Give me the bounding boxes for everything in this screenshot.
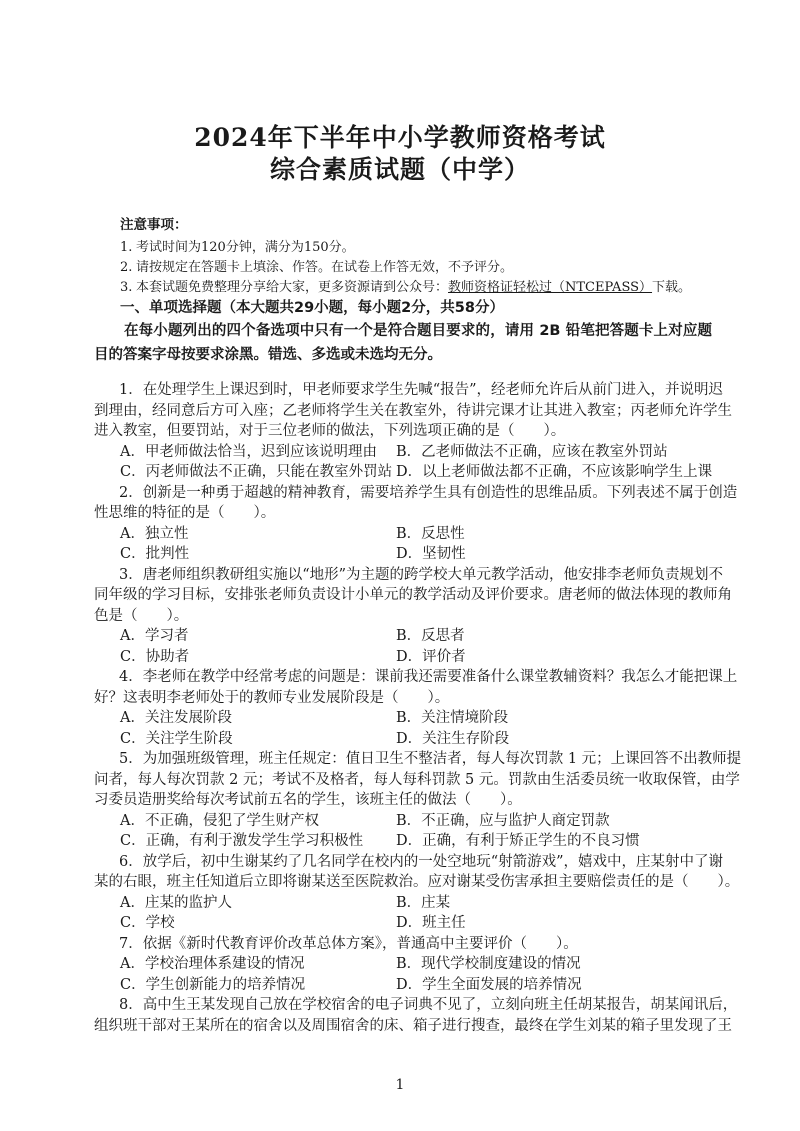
answer-option: A．庄某的监护人 xyxy=(120,891,232,912)
answer-option: C．学生创新能力的培养情况 xyxy=(120,973,305,994)
answer-option: A．甲老师做法恰当，迟到应该说明理由 xyxy=(120,440,377,461)
answer-option: D．评价者 xyxy=(396,645,466,666)
question-stem: 1．在处理学生上课迟到时，甲老师要求学生先喊“报告”，经老师允许后从前门进入，并… xyxy=(119,378,737,399)
answer-option: A．独立性 xyxy=(120,522,188,543)
notes-heading: 注意事项： xyxy=(120,213,188,233)
note-item: 2.请按规定在答题卡上填涂、作答。在试卷上作答无效，不予评分。 xyxy=(120,256,513,275)
answer-option: C．丙老师做法不正确，只能在教室外罚站 xyxy=(120,460,392,481)
answer-option: B．乙老师做法不正确，应该在教室外罚站 xyxy=(396,440,668,461)
question-stem: 3．唐老师组织教研组实施以“地形”为主题的跨学校大单元教学活动，他安排李老师负责… xyxy=(119,563,737,584)
answer-option: B．反思性 xyxy=(396,522,465,543)
answer-option: A．学校治理体系建设的情况 xyxy=(120,952,304,973)
answer-option: B．关注情境阶段 xyxy=(396,706,508,727)
question-stem-continued: 进入教室，但要罚站，对于三位老师的做法，下列选项正确的是（ ）。 xyxy=(94,419,712,440)
answer-option: B．反思者 xyxy=(396,624,465,645)
answer-option: D．坚韧性 xyxy=(396,542,466,563)
note-item: 3.本套试题免费整理分享给大家，更多资源请到公众号：教师资格证轻松过（NTCEP… xyxy=(120,276,691,295)
question-stem-continued: 好？这表明李老师处于的教师专业发展阶段是（ ）。 xyxy=(94,686,712,707)
question-stem-continued: 问者，每人每次罚款 2 元；考试不及格者，每人每科罚款 5 元。罚款由生活委员统… xyxy=(94,768,712,789)
answer-option: A．不正确，侵犯了学生财产权 xyxy=(120,809,319,830)
note-item: 1.考试时间为120分钟，满分为150分。 xyxy=(120,236,355,255)
answer-option: D．学生全面发展的培养情况 xyxy=(396,973,582,994)
section-instructions: 在每小题列出的四个备选项中只有一个是符合题目要求的，请用 2B 铅笔把答题卡上对… xyxy=(94,319,712,367)
exam-title-line2: 综合素质试题（中学） xyxy=(0,150,800,186)
page-number: 1 xyxy=(0,1077,800,1093)
question-stem-continued: 性思维的特征的是（ ）。 xyxy=(94,501,712,522)
question-stem: 2．创新是一种勇于超越的精神教育，需要培养学生具有创造性的思维品质。下列表述不属… xyxy=(119,481,737,502)
answer-option: B．庄某 xyxy=(396,891,450,912)
answer-option: C．学校 xyxy=(120,911,175,932)
question-stem: 7．依据《新时代教育评价改革总体方案》，普通高中主要评价（ ）。 xyxy=(119,932,737,953)
answer-option: A．学习者 xyxy=(120,624,188,645)
answer-option: C．协助者 xyxy=(120,645,189,666)
question-stem-continued: 色是（ ）。 xyxy=(94,604,712,625)
answer-option: B．现代学校制度建设的情况 xyxy=(396,952,581,973)
answer-option: C．正确，有利于激发学生学习积极性 xyxy=(120,829,363,850)
answer-option: D．班主任 xyxy=(396,911,466,932)
answer-option: B．不正确，应与监护人商定罚款 xyxy=(396,809,610,830)
question-stem: 4．李老师在教学中经常考虑的问题是：课前我还需要准备什么课堂教辅资料？我怎么才能… xyxy=(119,665,737,686)
question-stem-continued: 到理由，经同意后方可入座；乙老师将学生关在教室外，待讲完课才让其进入教室；丙老师… xyxy=(94,399,712,420)
question-stem-continued: 同年级的学习目标，安排张老师负责设计小单元的教学活动及评价要求。唐老师的做法体现… xyxy=(94,583,712,604)
answer-option: D．以上老师做法都不正确，不应该影响学生上课 xyxy=(396,460,712,481)
answer-option: C．关注学生阶段 xyxy=(120,727,233,748)
answer-option: C．批判性 xyxy=(120,542,189,563)
exam-title-line1: 2024年下半年中小学教师资格考试 xyxy=(0,118,800,154)
answer-option: A．关注发展阶段 xyxy=(120,706,232,727)
answer-option: D．关注生存阶段 xyxy=(396,727,509,748)
question-stem-continued: 习委员造册奖给每次考试前五名的学生，该班主任的做法（ ）。 xyxy=(94,788,712,809)
wechat-account-link[interactable]: 教师资格证轻松过（NTCEPASS） xyxy=(448,280,652,295)
question-stem-continued: 某的右眼，班主任知道后立即将谢某送至医院救治。应对谢某受伤害承担主要赔偿责任的是… xyxy=(94,870,712,891)
question-stem: 5．为加强班级管理，班主任规定：值日卫生不整洁者，每人每次罚款 1 元；上课回答… xyxy=(119,747,737,768)
answer-option: D．正确，有利于矫正学生的不良习惯 xyxy=(396,829,640,850)
section-heading: 一、单项选择题（本大题共29小题，每小题2分，共58分） xyxy=(120,296,504,317)
question-stem-continued: 组织班干部对王某所在的宿舍以及周围宿舍的床、箱子进行搜查，最终在学生刘某的箱子里… xyxy=(94,1014,712,1035)
question-stem: 6．放学后，初中生谢某约了几名同学在校内的一处空地玩“射箭游戏”，嬉戏中，庄某射… xyxy=(119,850,737,871)
question-stem: 8．高中生王某发现自己放在学校宿舍的电子词典不见了，立刻向班主任胡某报告，胡某闻… xyxy=(119,993,737,1014)
